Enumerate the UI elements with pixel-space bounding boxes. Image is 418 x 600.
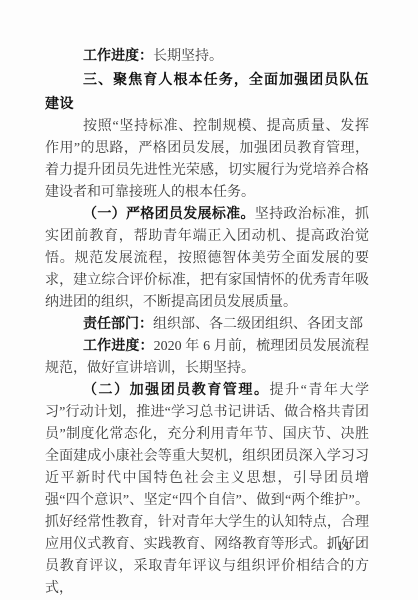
page-number: - 11 - (45, 538, 361, 554)
paragraph-item-1-strict-member-development: （一）严格团员发展标准。坚持政治标准，抓实团前教育，帮助青年端正入团动机、提高政… (45, 204, 369, 314)
paragraph-section-3-intro: 按照“坚持标准、控制规模、提高质量、发挥作用”的思路，严格团员发展，加强团员教育… (45, 116, 369, 204)
text-segment-regular: 组织部、各二级团组织、各团支部 (153, 317, 363, 332)
text-segment-label: 工作进度： (83, 339, 154, 354)
document-body: 工作进度：长期坚持。三、聚焦育人根本任务，全面加强团员队伍建设按照“坚持标准、控… (45, 46, 369, 600)
text-segment-regular: 长期坚持。 (153, 49, 223, 64)
text-segment-label: 工作进度： (83, 49, 153, 64)
text-segment-regular: 坚持政治标准，抓实团前教育，帮助青年端正入团动机、提高政治觉悟。规范发展流程，按… (45, 207, 369, 310)
text-segment-regular: 按照“坚持标准、控制规模、提高质量、发挥作用”的思路，严格团员发展，加强团员教育… (45, 119, 369, 200)
paragraph-section-3-heading: 三、聚焦育人根本任务，全面加强团员队伍建设 (45, 68, 369, 116)
paragraph-responsible-departments: 责任部门：组织部、各二级团组织、各团支部 (45, 314, 369, 336)
paragraph-work-progress-item-1: 工作进度：2020 年 6 月前，梳理团员发展流程规范，做好宣讲培训，长期坚持。 (45, 336, 369, 380)
paragraph-item-2-strengthen-member-education: （二）加强团员教育管理。提升“青年大学习”行动计划，推进“学习总书记讲话、做合格… (45, 380, 369, 600)
paragraph-work-progress-top: 工作进度：长期坚持。 (45, 46, 369, 68)
document-page: 工作进度：长期坚持。三、聚焦育人根本任务，全面加强团员队伍建设按照“坚持标准、控… (0, 0, 418, 600)
text-segment-label: （一）严格团员发展标准。 (83, 207, 255, 222)
text-segment-label: 责任部门： (83, 317, 153, 332)
text-segment-heading: 三、聚焦育人根本任务，全面加强团员队伍建设 (45, 71, 369, 111)
text-segment-label: （二）加强团员教育管理。 (83, 383, 270, 398)
text-segment-regular: 提升“青年大学习”行动计划，推进“学习总书记讲话、做合格共青团员”制度化常态化，… (45, 383, 369, 596)
